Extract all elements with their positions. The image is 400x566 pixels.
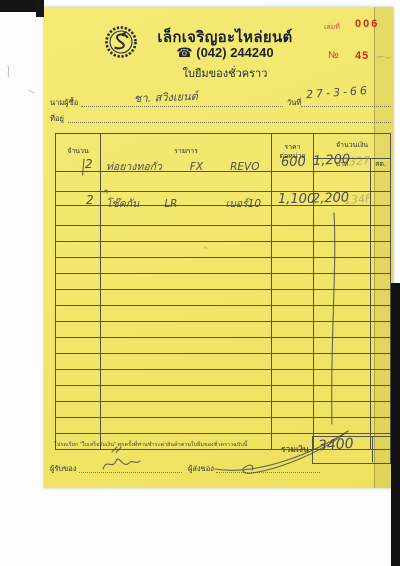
table-row [56, 290, 391, 306]
receiver-signature-line [79, 462, 182, 473]
document-title: ใบยืมของชั่วคราว [140, 64, 310, 82]
table-row [56, 258, 391, 274]
total-box-divider [372, 436, 373, 462]
row3-unit-price-handwritten: 1,100 [278, 192, 315, 207]
row3-desc-handwritten: โช๊คกันLRเบอร์10 [106, 195, 261, 212]
table-row [56, 354, 391, 370]
scan-edge-top-left-tab [36, 0, 44, 17]
receipt-reminder-note: โปรดเรียก "ใบเสร็จรับเงิน" ทุกครั้งที่ท่… [54, 441, 286, 449]
serial-number-value: 45 [355, 50, 369, 62]
row1-desc-handwritten: ท่อยางทอกัวFXREVO [106, 158, 260, 175]
margin-mark-1 [8, 66, 9, 77]
col-header-qty: จำนวน [56, 134, 101, 172]
book-number-label: เล่มที่ [324, 22, 340, 33]
table-row [56, 274, 391, 290]
row3-qty-handwritten: 2 [86, 193, 94, 207]
phone-icon: ☎ [176, 45, 192, 60]
table-row [56, 322, 391, 338]
sender-signature-line [216, 462, 320, 473]
table-row [56, 242, 391, 258]
items-table: จำนวน รายการ ราคาต่อหน่วย จำนวนเงิน บาทส… [55, 133, 391, 450]
receiver-signature-label: ผู้รับของ [50, 463, 76, 475]
sender-signature-label: ผู้ส่งของ [188, 463, 214, 475]
gear-logo-icon [102, 23, 140, 61]
row1-unit-price-handwritten: 600 [281, 155, 306, 170]
table-row [56, 386, 391, 402]
table-row [56, 226, 391, 242]
book-number-value: 006 [355, 18, 379, 30]
address-label: ที่อยู่ [50, 113, 64, 125]
table-row [56, 402, 391, 418]
scanned-receipt: เล็กเจริญอะไหล่ยนต์ ☎ (042) 244240 ใบยืม… [0, 0, 400, 566]
date-label: วันที่ [287, 97, 301, 109]
table-row [56, 370, 391, 386]
col-header-satang: สต. [371, 159, 391, 172]
total-value-handwritten: 3400 [317, 436, 354, 454]
row1-qty-handwritten: 2 [85, 157, 93, 171]
row1-ghost-writing: 7327 [342, 154, 371, 169]
scan-edge-right [391, 283, 400, 566]
table-row [56, 418, 391, 434]
phone-line: ☎ (042) 244240 [140, 45, 310, 61]
row3-ghost-writing: 134F [344, 192, 372, 207]
scan-edge-top-left [0, 0, 41, 12]
buyer-name-handwritten: ชา. สวิงเยนต์ [134, 87, 198, 107]
address-line [68, 112, 391, 123]
margin-mark-2 [29, 90, 34, 93]
table-row [56, 306, 391, 322]
serial-number-label: № [328, 50, 339, 61]
phone-number: (042) 244240 [196, 45, 273, 60]
buyer-name-label: นามผู้ซื้อ [50, 97, 78, 109]
table-row [56, 338, 391, 354]
